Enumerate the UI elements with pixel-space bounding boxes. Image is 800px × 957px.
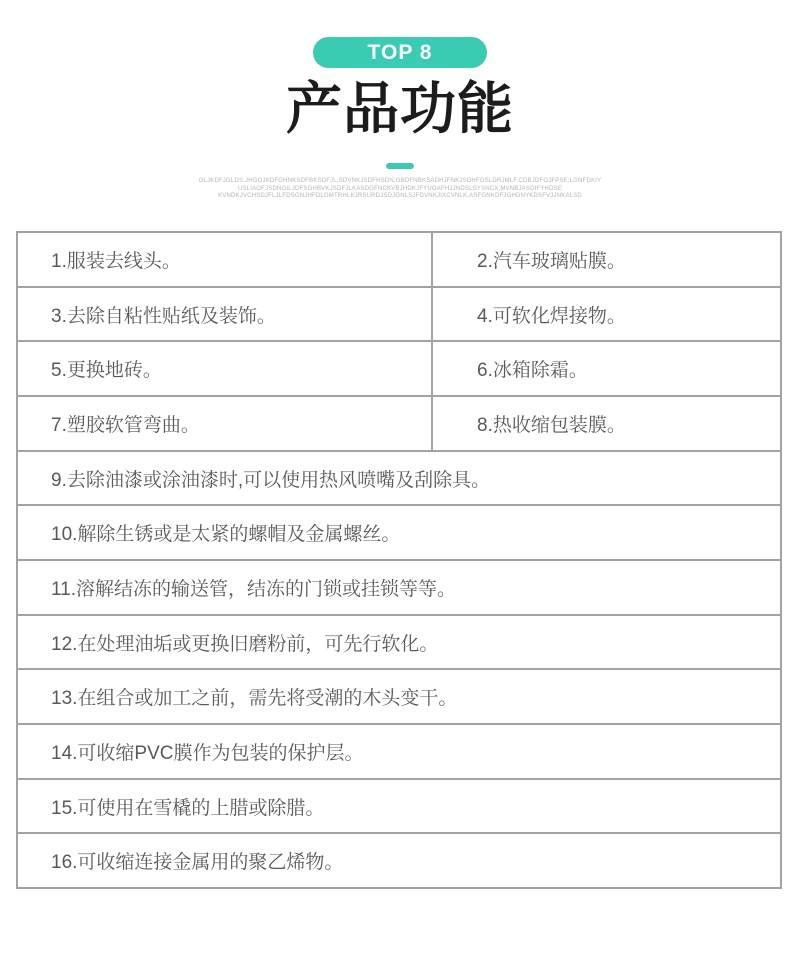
fine-print-line: KVNDKJVCHSDJFLJLFDSGNJHFDLGMTRHLKJRSURDJ…: [0, 193, 800, 201]
top8-badge: TOP 8: [313, 37, 487, 68]
feature-cell: 14.可收缩PVC膜作为包装的保护层。: [18, 725, 780, 778]
product-feature-page: TOP 8 产品功能 OLJKDFJGLDS.JHGOJKDFGHNKSDFBK…: [0, 0, 800, 957]
table-row: 1.服装去线头。 2.汽车玻璃贴膜。: [18, 233, 780, 286]
feature-cell: 15.可使用在雪橇的上腊或除腊。: [18, 780, 780, 833]
table-row: 16.可收缩连接金属用的聚乙烯物。: [18, 832, 780, 887]
table-row: 9.去除油漆或涂油漆时,可以使用热风喷嘴及刮除具。: [18, 450, 780, 505]
table-row: 10.解除生锈或是太紧的螺帽及金属螺丝。: [18, 504, 780, 559]
feature-cell: 2.汽车玻璃贴膜。: [433, 233, 780, 286]
feature-cell: 8.热收缩包装膜。: [433, 397, 780, 450]
fine-print: OLJKDFJGLDS.JHGOJKDFGHNKSDFBKSDFJL,SDVNK…: [0, 178, 800, 201]
table-row: 15.可使用在雪橇的上腊或除腊。: [18, 778, 780, 833]
feature-cell: 4.可软化焊接物。: [433, 288, 780, 341]
table-row: 11.溶解结冻的输送管，结冻的门锁或挂锁等等。: [18, 559, 780, 614]
table-row: 12.在处理油垢或更换旧磨粉前，可先行软化。: [18, 614, 780, 669]
feature-cell: 12.在处理油垢或更换旧磨粉前，可先行软化。: [18, 616, 780, 669]
feature-cell: 6.冰箱除霜。: [433, 342, 780, 395]
feature-cell: 10.解除生锈或是太紧的螺帽及金属螺丝。: [18, 506, 780, 559]
feature-cell: 13.在组合或加工之前，需先将受潮的木头变干。: [18, 670, 780, 723]
feature-cell: 9.去除油漆或涂油漆时,可以使用热风喷嘴及刮除具。: [18, 452, 780, 505]
top8-badge-label: TOP 8: [368, 41, 433, 65]
feature-cell: 3.去除自粘性贴纸及装饰。: [18, 288, 433, 341]
fine-print-line: OLJKDFJGLDS.JHGOJKDFGHNKSDFBKSDFJL,SDVNK…: [0, 178, 800, 186]
table-row: 5.更换地砖。 6.冰箱除霜。: [18, 340, 780, 395]
feature-table: 1.服装去线头。 2.汽车玻璃贴膜。 3.去除自粘性贴纸及装饰。 4.可软化焊接…: [16, 231, 782, 889]
feature-cell: 5.更换地砖。: [18, 342, 433, 395]
feature-cell: 7.塑胶软管弯曲。: [18, 397, 433, 450]
table-row: 14.可收缩PVC膜作为包装的保护层。: [18, 723, 780, 778]
feature-cell: 1.服装去线头。: [18, 233, 433, 286]
table-row: 3.去除自粘性贴纸及装饰。 4.可软化焊接物。: [18, 286, 780, 341]
title-underline: [386, 163, 414, 169]
feature-cell: 11.溶解结冻的输送管，结冻的门锁或挂锁等等。: [18, 561, 780, 614]
page-title: 产品功能: [0, 77, 800, 141]
feature-cell: 16.可收缩连接金属用的聚乙烯物。: [18, 834, 780, 887]
table-row: 13.在组合或加工之前，需先将受潮的木头变干。: [18, 668, 780, 723]
fine-print-line: USLIAOFJSDNGILJDFSGHBVKJSDFJLKASDGFNCKVB…: [0, 186, 800, 194]
table-row: 7.塑胶软管弯曲。 8.热收缩包装膜。: [18, 395, 780, 450]
